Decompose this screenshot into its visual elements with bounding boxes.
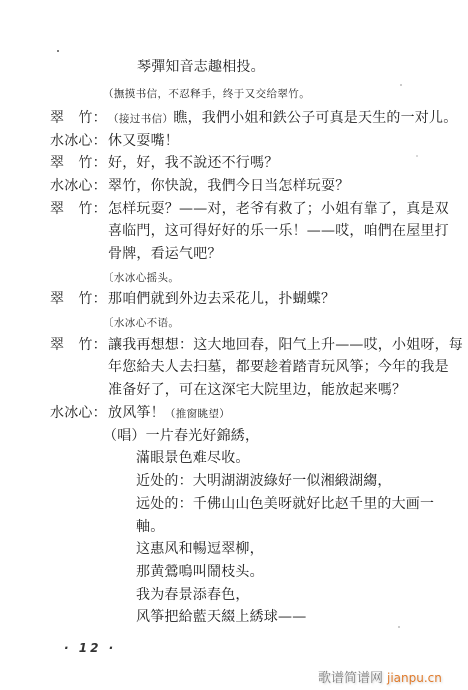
speaker-name: 翠 竹： (50, 200, 108, 218)
speaker-name: 水冰心： (50, 177, 108, 195)
song-text: 近处的：大明湖湖波綠好一似湘緞湖縐， (136, 473, 392, 489)
stage-direction: 〔水冰心不语。 (103, 313, 179, 332)
inline-stage-direction: （接过书信） (108, 113, 173, 125)
song-line: （唱）一片春光好錦綉， (103, 427, 259, 445)
speaker-name: 翠 竹： (50, 109, 108, 127)
song-line: 那黄鶯鳴叫鬧枝头。 (136, 563, 264, 581)
dialogue-text: 放风筝！ (108, 405, 165, 421)
dialogue-text: 年您給夫人去扫墓，都要趁着踏青玩风筝；今年的我是 (108, 359, 449, 375)
dialogue-line: 翠 竹：好，好，我不說还不行嗎？ (50, 154, 278, 172)
song-text: 这惠风和暢逗翠柳， (136, 541, 264, 557)
song-line: 我为春景添春色， (136, 586, 250, 604)
song-line: 滿眼景色难尽收。 (136, 449, 250, 467)
song-text: 那黄鶯鳴叫鬧枝头。 (136, 564, 264, 580)
dialogue-continuation: 准备好了，可在这深宅大院里边，能放起来嗎？ (108, 381, 406, 399)
song-line: 远处的：千佛山山色美呀就好比赵千里的大画一 (136, 495, 434, 513)
song-line: 軸。 (136, 518, 164, 536)
dialogue-text: 好，好，我不說还不行嗎？ (108, 155, 278, 171)
dialogue-line: 翠 竹：怎样玩耍？——对，老爷有救了；小姐有靠了，真是双 (50, 200, 449, 218)
dialogue-text: 骨牌，看运气吧？ (108, 246, 222, 262)
verse-line: 琴彈知音志趣相投。 (137, 58, 265, 76)
stage-direction-text: （撫摸书信，不忍释手，终于又交给翠竹。 (103, 88, 310, 100)
speaker-name: 翠 竹： (50, 154, 108, 172)
dialogue-line: 翠 竹：讓我再想想：这大地回春，阳气上升——哎，小姐呀，每 (50, 336, 463, 354)
song-text: 滿眼景色难尽收。 (136, 450, 250, 466)
song-text: 远处的：千佛山山色美呀就好比赵千里的大画一 (136, 496, 434, 512)
dialogue-text: 喜临門，这可得好好的乐一乐！——哎，咱們在屋里打 (108, 223, 449, 239)
speaker-name: 翠 竹： (50, 290, 108, 308)
dialogue-text: 那咱們就到外边去采花儿，扑蝴蝶？ (108, 291, 335, 307)
page-number: · 12 · (64, 641, 116, 655)
verse-text: 琴彈知音志趣相投。 (137, 59, 265, 75)
song-line: 近处的：大明湖湖波綠好一似湘緞湖縐， (136, 472, 392, 490)
inline-stage-direction: （推窗眺望） (165, 408, 230, 420)
song-text: （唱）一片春光好錦綉， (103, 428, 259, 444)
dialogue-text: 翠竹，你快說，我們今日当怎样玩耍？ (108, 178, 349, 194)
song-text: 我为春景添春色， (136, 587, 250, 603)
scan-speck (400, 84, 402, 86)
dialogue-line: 翠 竹：那咱們就到外边去采花儿，扑蝴蝶？ (50, 290, 335, 308)
dialogue-text: 准备好了，可在这深宅大院里边，能放起来嗎？ (108, 382, 406, 398)
dialogue-text: 瞧，我們小姐和鉄公子可真是天生的一对儿。 (173, 110, 457, 126)
dialogue-continuation: 骨牌，看运气吧？ (108, 245, 222, 263)
speaker-name: 水冰心： (50, 132, 108, 150)
scan-speck (57, 50, 59, 52)
stage-direction-text: 〔水冰心不语。 (103, 317, 179, 329)
dialogue-continuation: 年您給夫人去扫墓，都要趁着踏青玩风筝；今年的我是 (108, 358, 449, 376)
watermark: 歌谱简谱网jianpu.cn (318, 667, 442, 686)
stage-direction-text: 〔水冰心摇头。 (103, 272, 179, 284)
dialogue-line: 水冰心：放风筝！（推窗眺望） (50, 404, 230, 423)
dialogue-continuation: 喜临門，这可得好好的乐一乐！——哎，咱們在屋里打 (108, 222, 449, 240)
song-text: 风筝把給藍天綴上綉球—— (136, 609, 306, 625)
scan-speck (416, 155, 418, 157)
stage-direction: 〔水冰心摇头。 (103, 268, 179, 287)
speaker-name: 水冰心： (50, 404, 108, 422)
watermark-site-name: 歌谱简谱网 (318, 671, 383, 686)
dialogue-line: 翠 竹：（接过书信）瞧，我們小姐和鉄公子可真是天生的一对儿。 (50, 109, 457, 128)
scan-speck (398, 626, 400, 628)
dialogue-text: 讓我再想想：这大地回春，阳气上升——哎，小姐呀，每 (108, 337, 463, 353)
dialogue-text: 休又耍嘴！ (108, 133, 179, 149)
song-text: 軸。 (136, 519, 164, 535)
song-line: 风筝把給藍天綴上綉球—— (136, 608, 306, 626)
dialogue-text: 怎样玩耍？——对，老爷有救了；小姐有靠了，真是双 (108, 201, 449, 217)
stage-direction: （撫摸书信，不忍释手，终于又交给翠竹。 (103, 84, 310, 103)
dialogue-line: 水冰心：休又耍嘴！ (50, 132, 179, 150)
watermark-url: jianpu.cn (387, 671, 442, 685)
dialogue-line: 水冰心：翠竹，你快說，我們今日当怎样玩耍？ (50, 177, 349, 195)
song-line: 这惠风和暢逗翠柳， (136, 540, 264, 558)
speaker-name: 翠 竹： (50, 336, 108, 354)
